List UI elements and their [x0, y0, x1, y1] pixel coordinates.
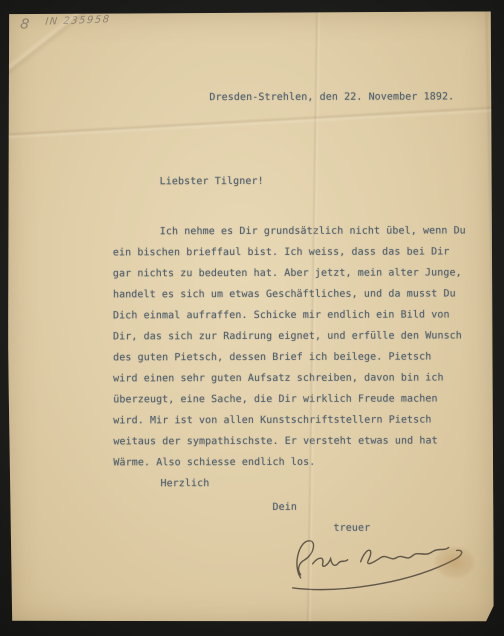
salutation: Liebster Tilgner! — [160, 176, 264, 187]
letter-body: Ich nehme es Dir grundsätzlich nicht übe… — [113, 220, 466, 473]
body-line: Wärme. Also schiesse endlich los. — [113, 451, 465, 473]
dateline: Dresden-Strehlen, den 22. November 1892. — [209, 91, 454, 103]
body-line: des guten Pietsch, dessen Brief ich beil… — [113, 346, 465, 368]
body-line: Ich nehme es Dir grundsätzlich nicht übe… — [113, 220, 465, 242]
body-line: wird. Mir ist von allen Kunstschriftstel… — [113, 409, 465, 431]
body-line: handelt es sich um etwas Geschäftliches,… — [113, 283, 465, 305]
pencil-accession-number: IN 235958 — [45, 14, 111, 27]
letter-page: 8 IN 235958 Dresden-Strehlen, den 22. No… — [7, 11, 494, 622]
signature-flourish-icon — [279, 531, 474, 594]
scan-background: 8 IN 235958 Dresden-Strehlen, den 22. No… — [0, 0, 504, 636]
body-line: überzeugt, eine Sache, die Dir wirklich … — [113, 388, 465, 410]
pencil-margin-number: 8 — [19, 16, 30, 33]
body-line: ein bischen brieffaul bist. Ich weiss, d… — [113, 241, 465, 263]
body-line: weitaus der sympathischste. Er versteht … — [113, 430, 465, 452]
body-line: gar nichts zu bedeuten hat. Aber jetzt, … — [113, 262, 465, 284]
closing-herzlich: Herzlich — [160, 478, 209, 489]
body-line: wird einen sehr guten Aufsatz schreiben,… — [113, 367, 465, 389]
body-line: Dir, das sich zur Radirung eignet, und e… — [113, 325, 465, 347]
valediction-dein: Dein — [272, 502, 297, 513]
handwritten-signature: Paul Lindau — [279, 531, 474, 594]
body-line: Dich einmal aufraffen. Schicke mir endli… — [113, 304, 465, 326]
